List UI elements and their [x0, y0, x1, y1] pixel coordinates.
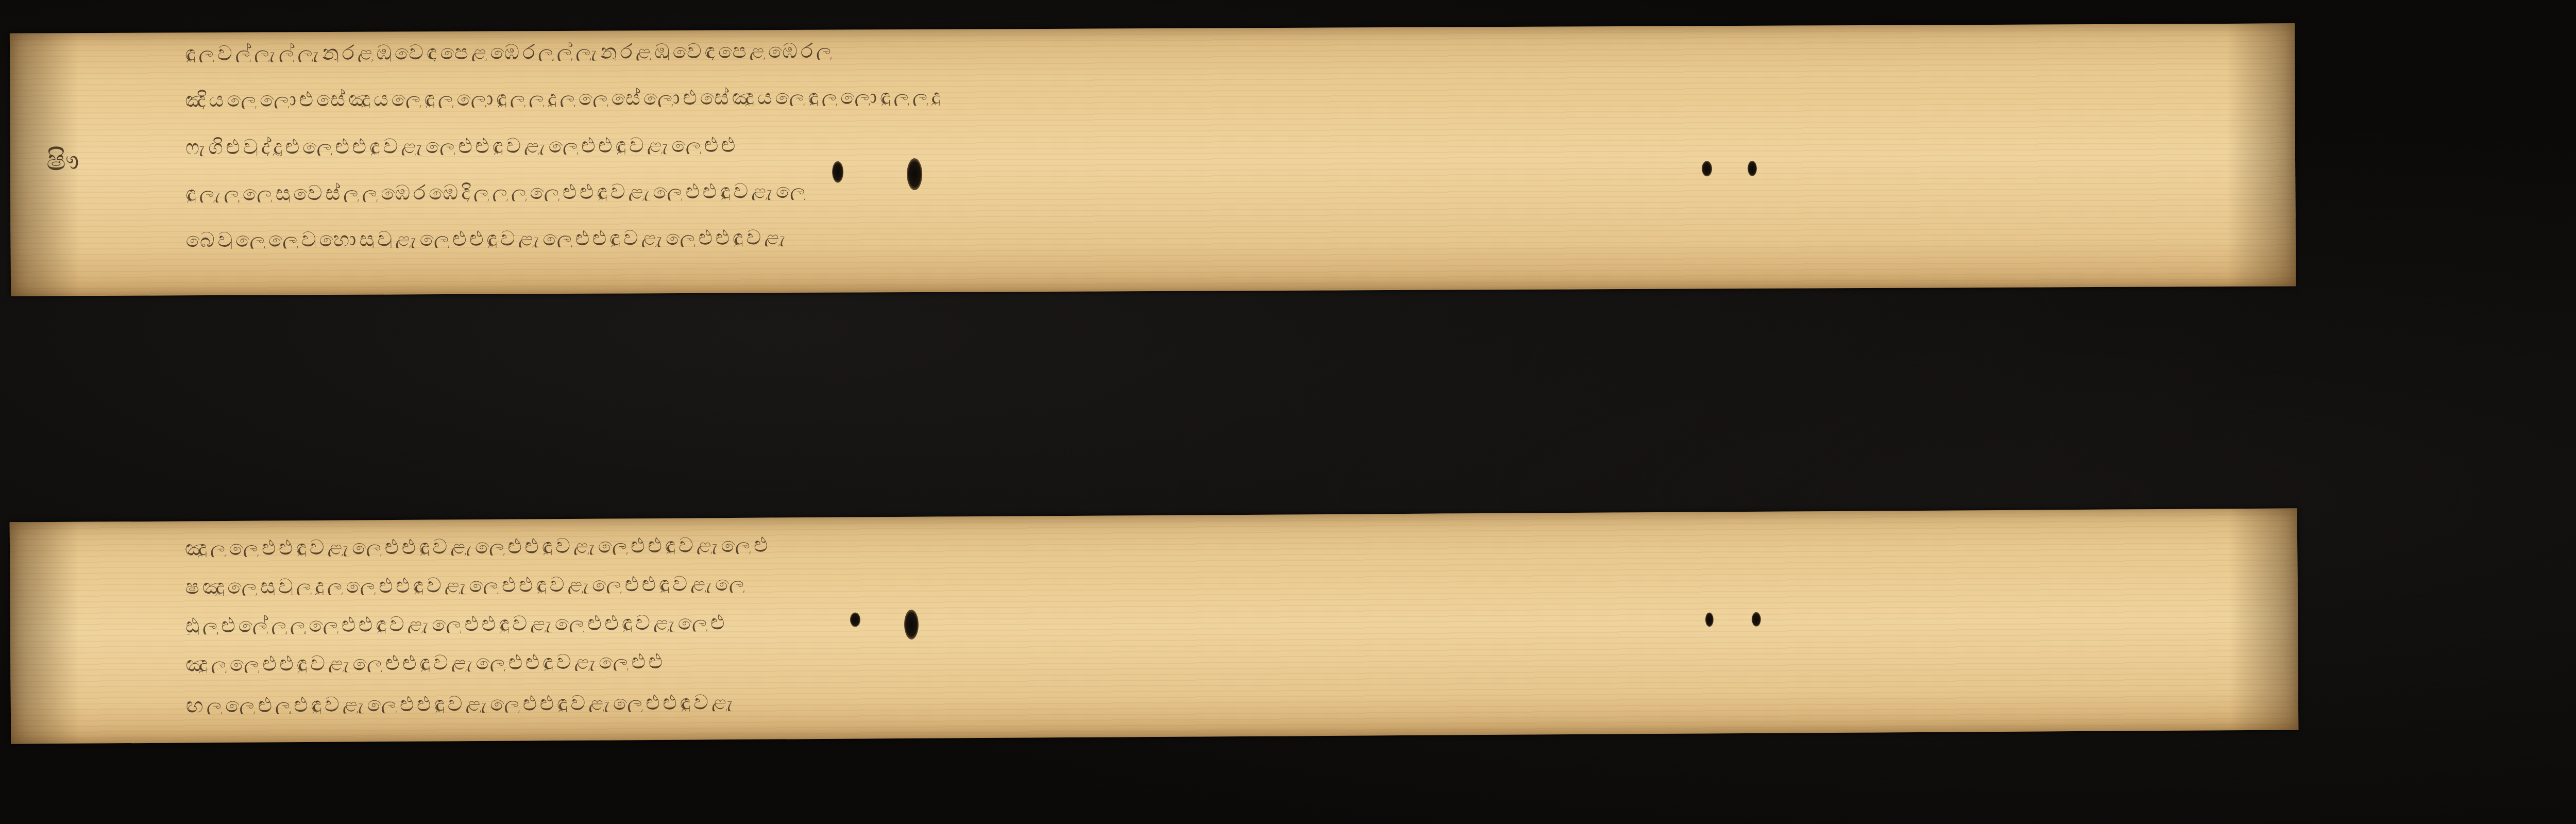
script-line: ෂඤුලෙසුවුලදුලලෙළුළුඳුවළැලෙළුළුඳුවළැලෙළුළ… — [185, 563, 2261, 596]
binding-hole — [832, 161, 843, 183]
script-line: ඤියලෙලොළුසේඤුයලෙඳුලලොඳුලලදුලලෙසේලොළුසේඤු… — [185, 79, 2256, 109]
script-line: ඤුලලෙළුළුඳුවළැලෙළුළුඳුවළැලෙළුළුඳුවළැලෙළු… — [185, 524, 2261, 558]
binding-hole — [1748, 161, 1757, 176]
binding-hole — [1752, 612, 1761, 627]
script-line: ඪුලුළුලේලුලුලෙළුළුඳුවළැලෙළුළුඳුවළැලෙළුළු… — [185, 601, 2262, 635]
script-line: ඤුලුලෙළුළුඳුවළැලෙළුළුඳුවළැලෙළුළුඳුවළැලෙළ… — [185, 640, 2262, 674]
script-line: ෆැගිළුවුද්දූළුලෙළුළුඳුවළැලෙළුළුඳුවළැලෙළු… — [185, 127, 2257, 157]
binding-hole — [850, 612, 860, 627]
palm-leaf-manuscript-bottom: ඤුලලෙළුළුඳුවළැලෙළුළුඳුවළැලෙළුළුඳුවළැලෙළු… — [10, 508, 2299, 744]
binding-hole — [1702, 161, 1712, 176]
palm-leaf-manuscript-top: ෂිෟ ඳුලවල්ලැල්ලැනුරළඹුවෙඳපෙළඹෙරලුල්ලැනුර… — [10, 23, 2296, 296]
binding-hole — [907, 158, 922, 190]
script-line: ඳුලැලුලෙසුවෙස්ලලඹෙරඹෙදිලලලලෙළුළුඳුවළැලෙළ… — [185, 173, 2257, 203]
script-line: බෙවුලෙලෙවුහොසුවුළැලෙළුළුඳුවළැලෙළුළුඳුවළැ… — [186, 220, 2257, 249]
binding-hole — [1705, 612, 1714, 627]
leaf-page-marker: ෂිෟ — [46, 144, 79, 178]
script-line: ඳුලවල්ලැල්ලැනුරළඹුවෙඳපෙළඹෙරලුල්ලැනුරළඹුව… — [185, 33, 2256, 63]
binding-hole — [904, 610, 919, 640]
script-line: ඟලලෙළුලුළුඳුවළැලෙළුළුඳුවළැලෙළුළුඳුවළැලෙළ… — [186, 681, 2262, 715]
